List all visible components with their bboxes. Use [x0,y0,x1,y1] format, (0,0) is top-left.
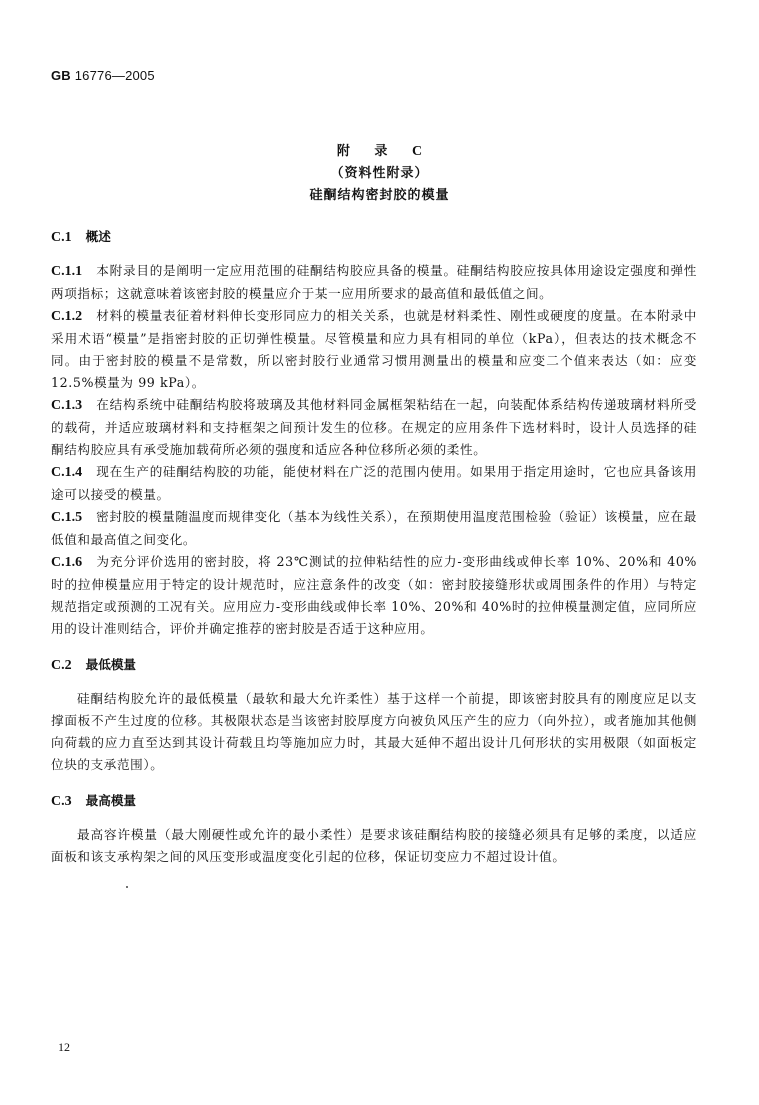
section-heading-c3: C.3最高模量 [51,790,697,812]
page-number: 12 [58,1040,70,1055]
clause-number: C.1.4 [51,465,82,480]
section-heading-c1: C.1概述 [51,226,697,248]
section-title: 最低模量 [86,657,136,672]
appendix-type: （资料性附录） [0,163,759,185]
standard-code: GB 16776—2005 [51,68,155,83]
appendix-letter: C [412,144,422,159]
clause-number: C.1.6 [51,555,82,570]
clause-c1-5: C.1.5密封胶的模量随温度而规律变化（基本为线性关系），在预期使用温度范围检验… [51,506,697,551]
section-heading-c2: C.2最低模量 [51,654,697,676]
clause-number: C.1.5 [51,510,82,525]
appendix-title: 硅酮结构密封胶的模量 [0,185,759,207]
section-body-c2: 硅酮结构胶允许的最低模量（最软和最大允许柔性）基于这样一个前提，即该密封胶具有的… [51,688,697,776]
appendix-label-line: 附 录 C [0,141,759,163]
appendix-title-block: 附 录 C （资料性附录） 硅酮结构密封胶的模量 [0,141,759,207]
section-number: C.3 [51,794,72,809]
clause-number: C.1.2 [51,309,82,324]
clause-text: 现在生产的硅酮结构胶的功能，能使材料在广泛的范围内使用。如果用于指定用途时，它也… [51,464,697,502]
section-number: C.1 [51,230,72,245]
clause-c1-6: C.1.6为充分评价选用的密封胶，将 23℃测试的拉伸粘结性的应力-变形曲线或伸… [51,551,697,640]
clause-c1-4: C.1.4现在生产的硅酮结构胶的功能，能使材料在广泛的范围内使用。如果用于指定用… [51,461,697,506]
clause-c1-1: C.1.1本附录目的是阐明一定应用范围的硅酮结构胶应具备的模量。硅酮结构胶应按具… [51,260,697,305]
section-title: 最高模量 [86,793,136,808]
standard-number: 16776—2005 [75,68,155,83]
clause-text: 为充分评价选用的密封胶，将 23℃测试的拉伸粘结性的应力-变形曲线或伸长率 10… [51,554,697,636]
section-title: 概述 [86,229,111,244]
scan-speck [126,886,128,888]
document-page: GB 16776—2005 附 录 C （资料性附录） 硅酮结构密封胶的模量 C… [0,0,759,1105]
clause-c1-2: C.1.2材料的模量表征着材料伸长变形同应力的相关关系，也就是材料柔性、刚性或硬… [51,305,697,394]
section-number: C.2 [51,658,72,673]
clause-text: 材料的模量表征着材料伸长变形同应力的相关关系，也就是材料柔性、刚性或硬度的度量。… [51,308,697,390]
clause-c1-3: C.1.3在结构系统中硅酮结构胶将玻璃及其他材料同金属框架粘结在一起，向装配体系… [51,394,697,461]
standard-prefix: GB [51,68,71,83]
clause-text: 密封胶的模量随温度而规律变化（基本为线性关系），在预期使用温度范围检验（验证）该… [51,509,697,547]
clause-text: 本附录目的是阐明一定应用范围的硅酮结构胶应具备的模量。硅酮结构胶应按具体用途设定… [51,263,697,301]
document-body: C.1概述 C.1.1本附录目的是阐明一定应用范围的硅酮结构胶应具备的模量。硅酮… [51,226,697,868]
clause-number: C.1.1 [51,264,82,279]
section-body-c3: 最高容许模量（最大刚硬性或允许的最小柔性）是要求该硅酮结构胶的接缝必须具有足够的… [51,824,697,868]
clause-text: 在结构系统中硅酮结构胶将玻璃及其他材料同金属框架粘结在一起，向装配体系结构传递玻… [51,397,697,457]
appendix-label: 附 录 [337,144,398,159]
clause-number: C.1.3 [51,398,82,413]
